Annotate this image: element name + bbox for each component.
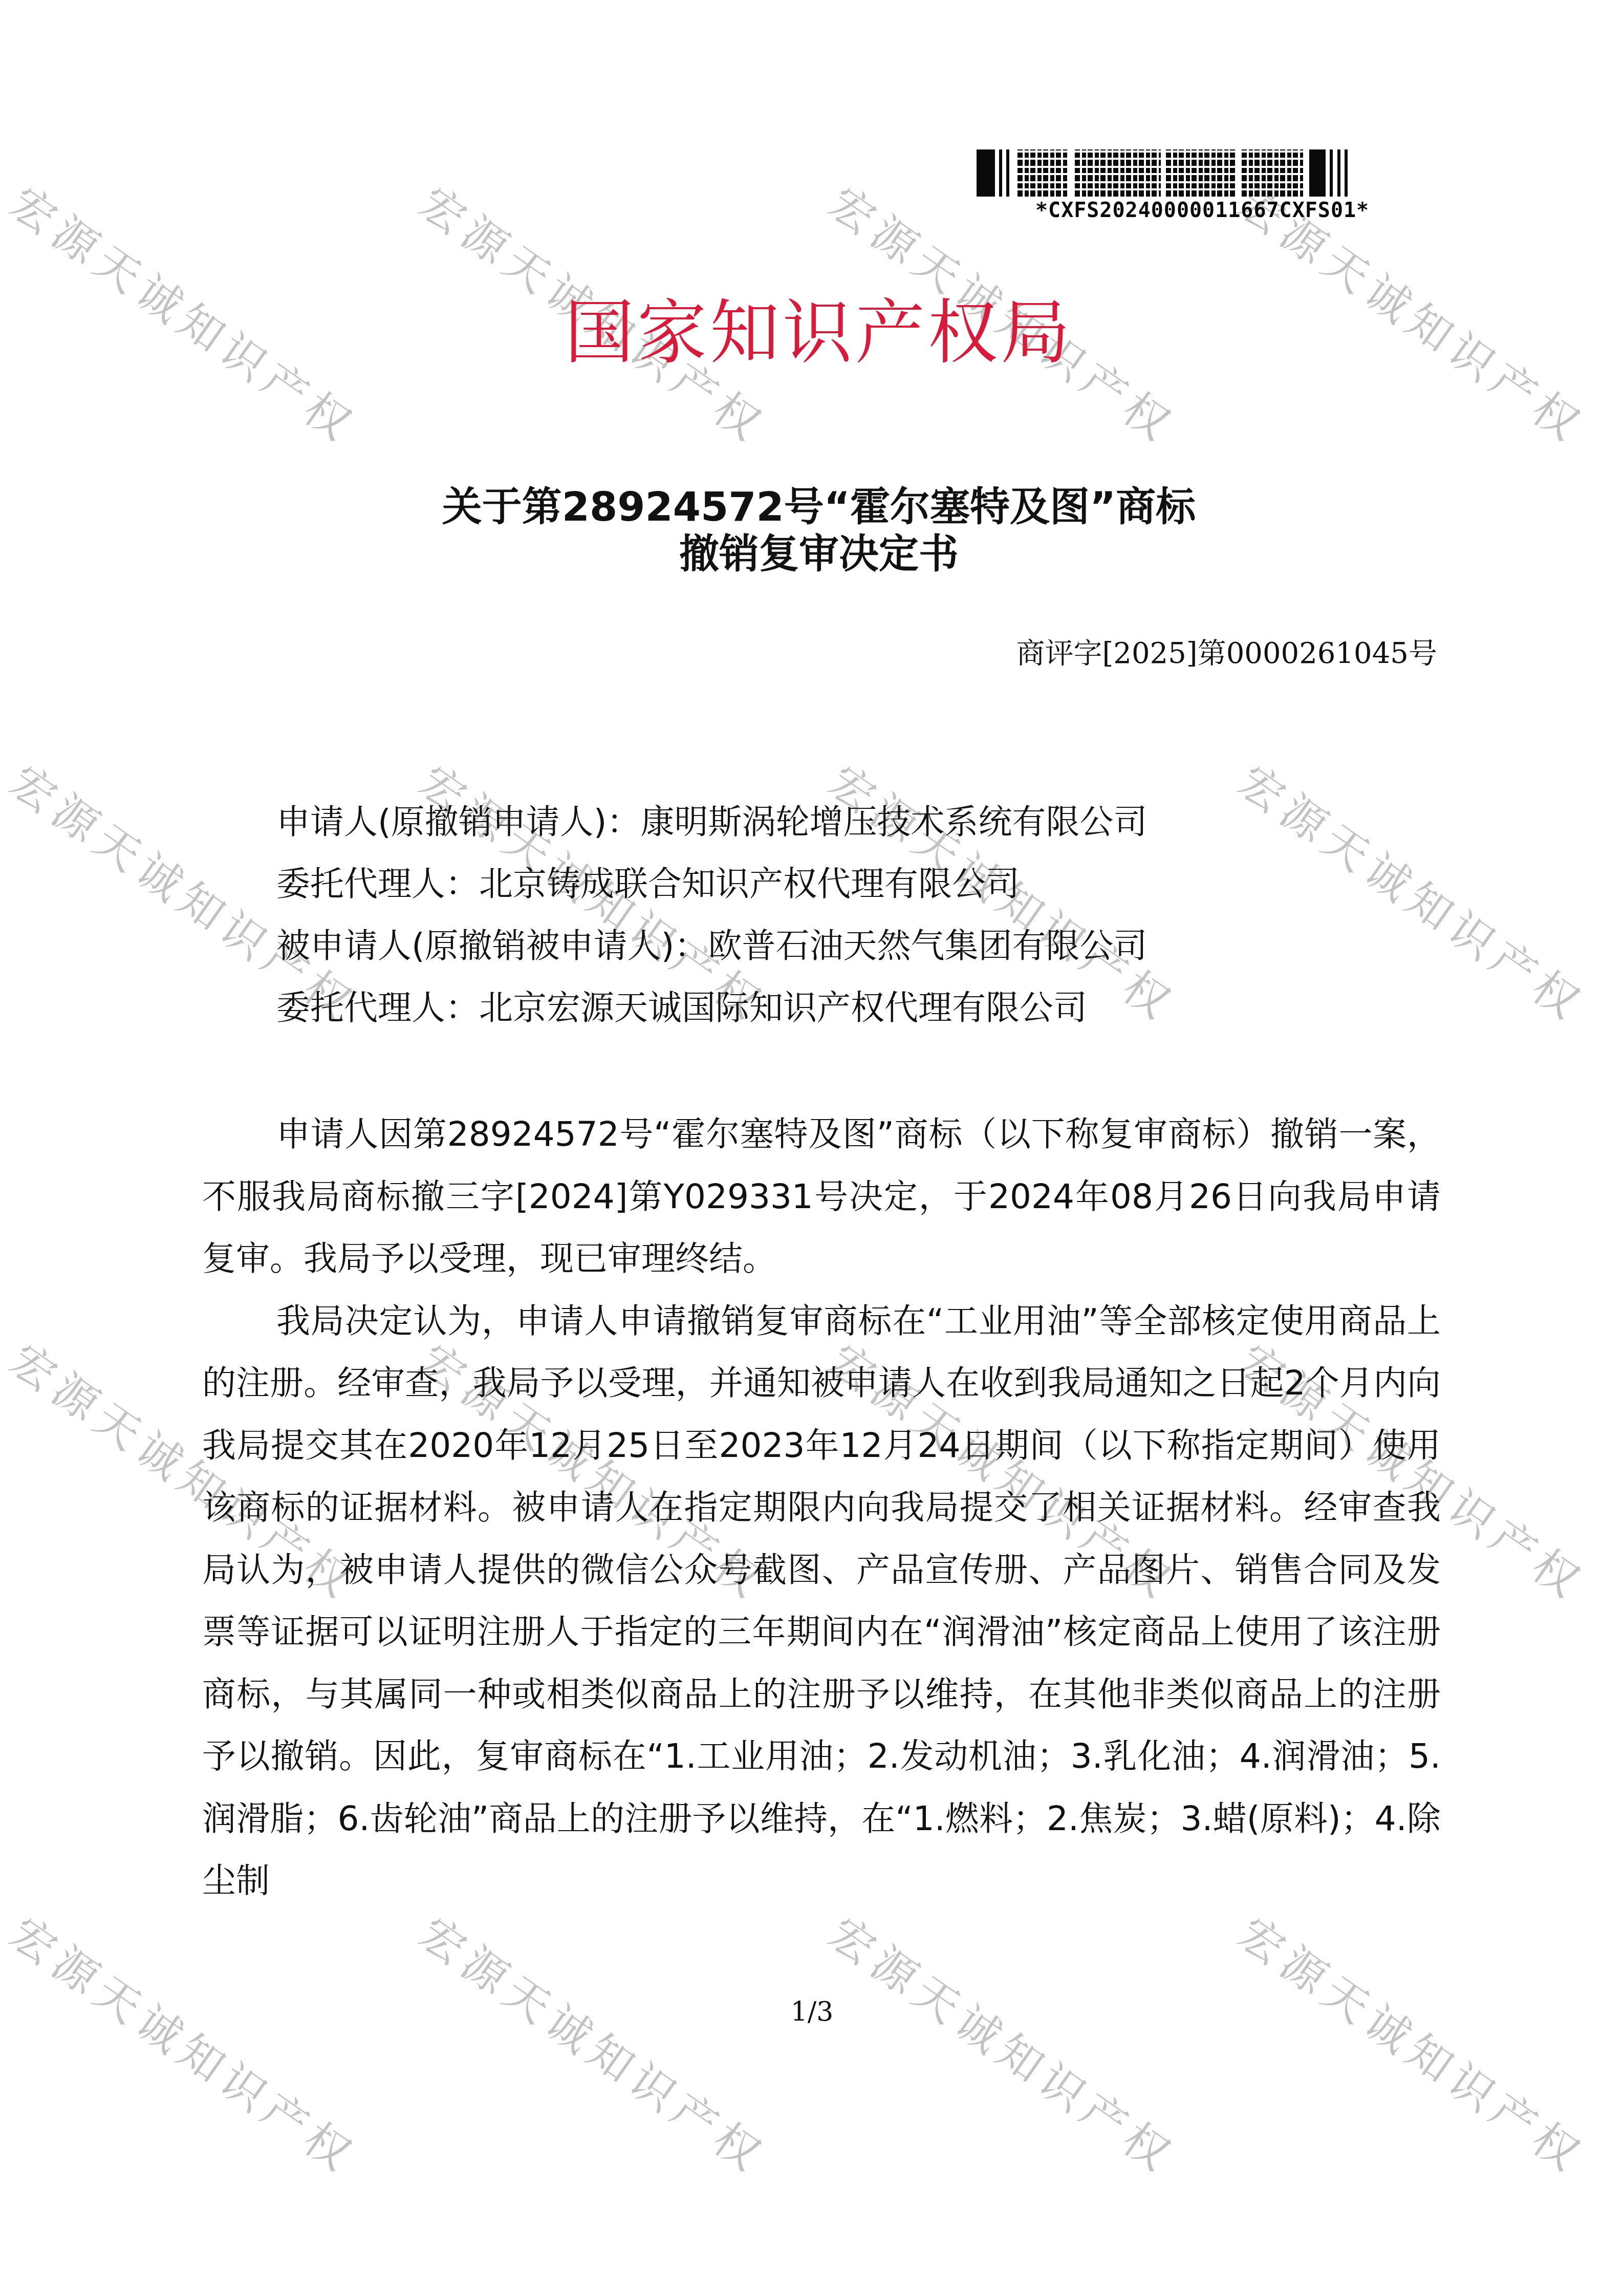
watermark: 宏源天诚知识产权	[1228, 747, 1599, 1034]
watermark: 宏源天诚知识产权	[818, 1899, 1190, 2186]
document-number: 商评字[2025]第0000261045号	[1016, 631, 1438, 672]
agency-name: 国家知识产权局	[512, 276, 1126, 377]
title-line-1: 关于第28924572号“霍尔塞特及图”商标	[256, 484, 1382, 531]
page-indicator: 1/3	[0, 1997, 1624, 2027]
paragraph-background: 申请人因第28924572号“霍尔塞特及图”商标（以下称复审商标）撤销一案，不服…	[202, 1103, 1441, 1290]
parties-list: 申请人(原撤销申请人)：康明斯涡轮增压技术系统有限公司 委托代理人：北京铸成联合…	[276, 791, 1147, 1039]
title-line-2: 撤销复审决定书	[256, 531, 1382, 578]
document-title: 关于第28924572号“霍尔塞特及图”商标 撤销复审决定书	[256, 484, 1382, 578]
barcode-graphic	[977, 149, 1376, 197]
barcode-number: *CXFS20240000011667CXFS01*	[1035, 199, 1381, 222]
watermark: 宏源天诚知识产权	[1228, 1899, 1599, 2186]
watermark: 宏源天诚知识产权	[0, 169, 371, 456]
respondent: 被申请人(原撤销被申请人)：欧普石油天然气集团有限公司	[276, 915, 1147, 977]
applicant: 申请人(原撤销申请人)：康明斯涡轮增压技术系统有限公司	[276, 791, 1147, 853]
barcode: *CXFS20240000011667CXFS01*	[977, 149, 1381, 222]
decision-body: 申请人因第28924572号“霍尔塞特及图”商标（以下称复审商标）撤销一案，不服…	[202, 1103, 1441, 1912]
respondent-agent: 委托代理人：北京宏源天诚国际知识产权代理有限公司	[276, 977, 1147, 1039]
watermark: 宏源天诚知识产权	[0, 1899, 371, 2186]
applicant-agent: 委托代理人：北京铸成联合知识产权代理有限公司	[276, 853, 1147, 915]
watermark: 宏源天诚知识产权	[409, 1899, 781, 2186]
paragraph-decision: 我局决定认为，申请人申请撤销复审商标在“工业用油”等全部核定使用商品上的注册。经…	[202, 1290, 1441, 1912]
